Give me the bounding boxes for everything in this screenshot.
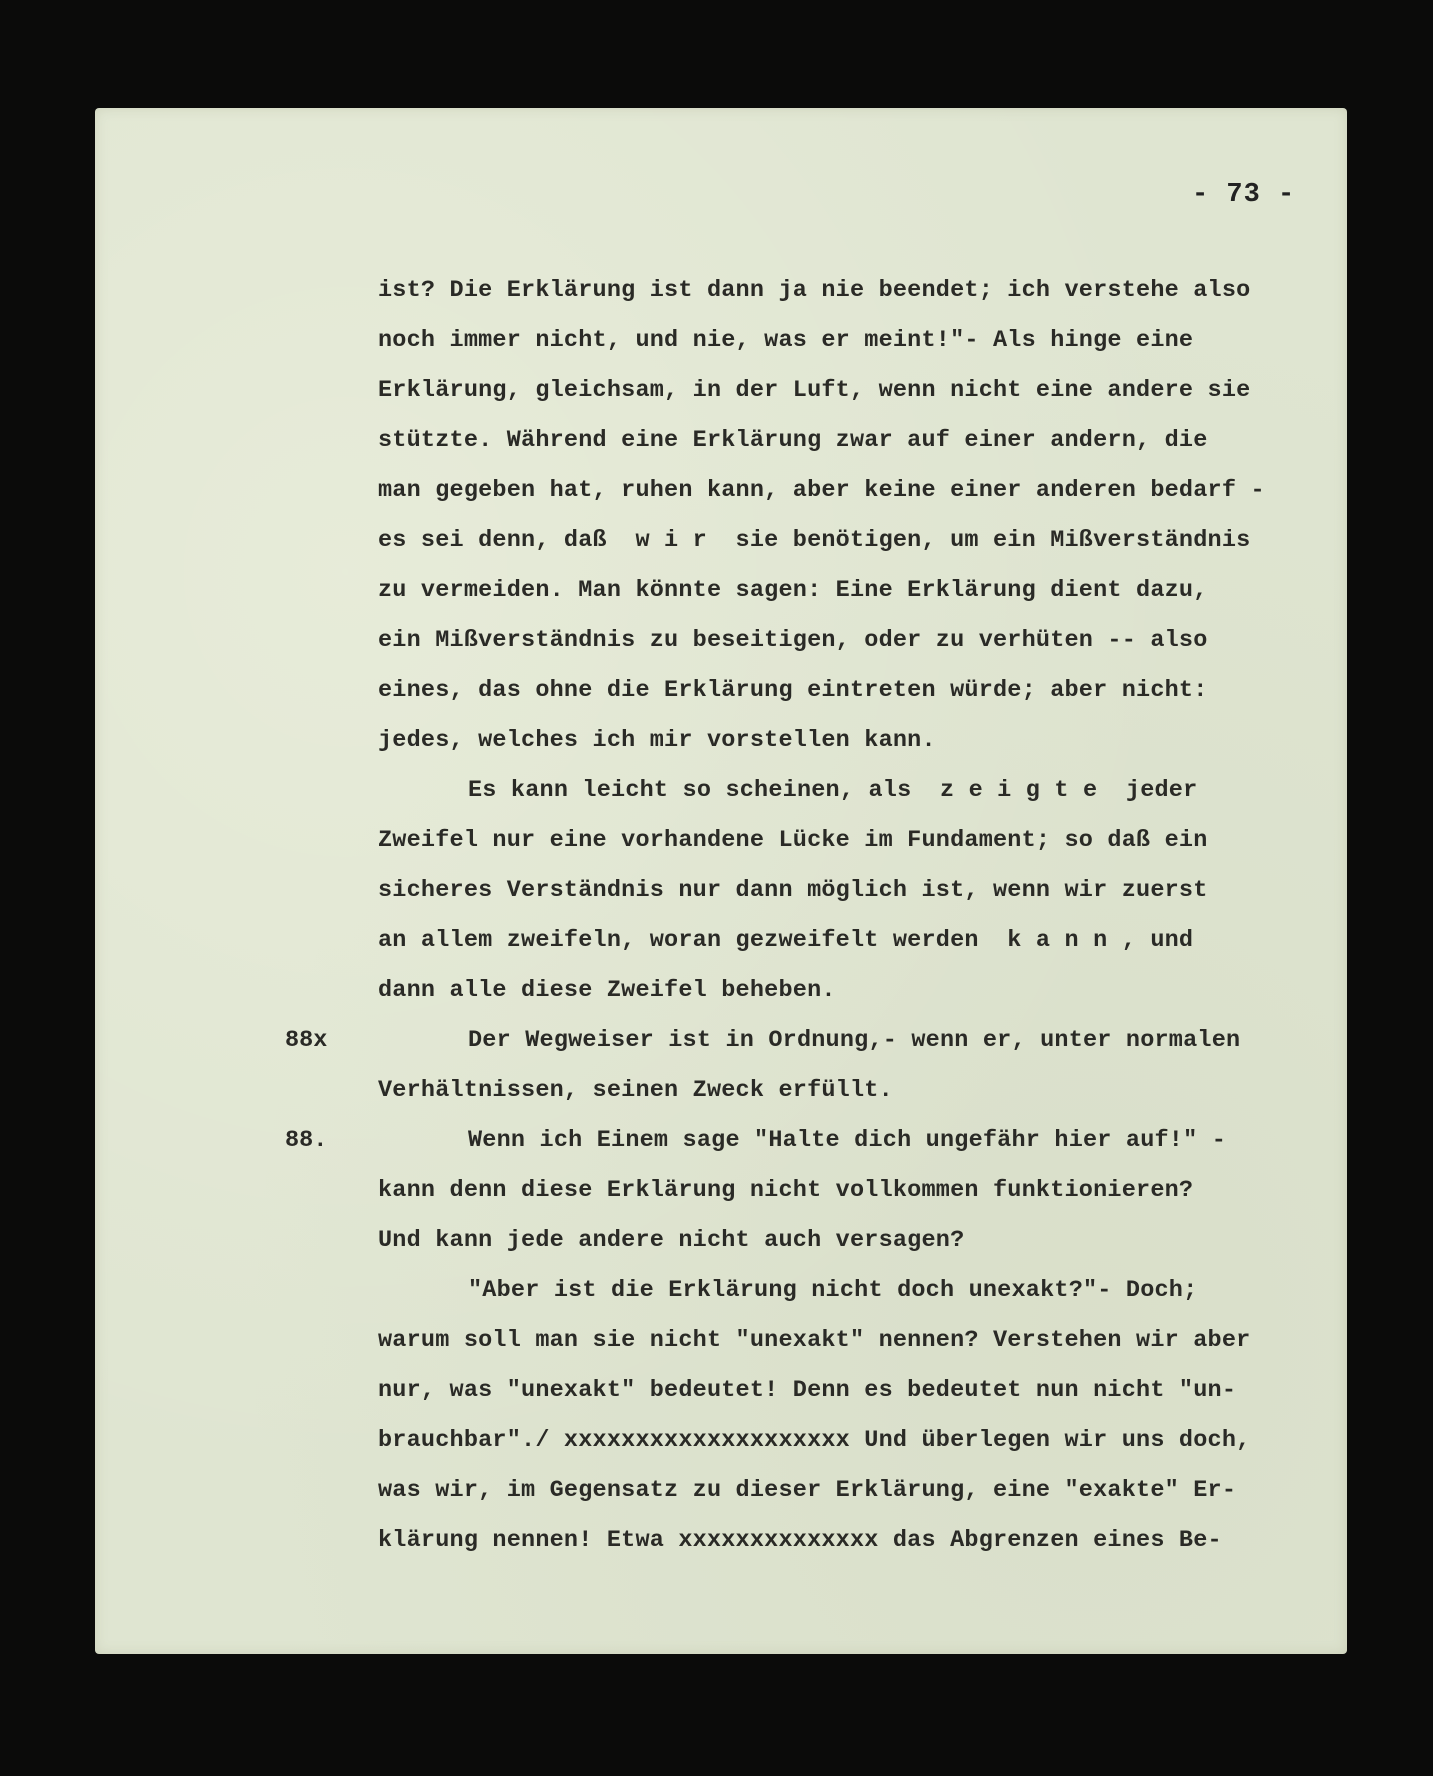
margin-note: 88. — [285, 1126, 327, 1156]
text-line: nur, was "unexakt" bedeutet! Denn es bed… — [378, 1376, 1236, 1406]
text-line: man gegeben hat, ruhen kann, aber keine … — [378, 476, 1265, 506]
text-line: Wenn ich Einem sage "Halte dich ungefähr… — [468, 1126, 1226, 1156]
text-line: eines, das ohne die Erklärung eintreten … — [378, 676, 1208, 706]
text-line: zu vermeiden. Man könnte sagen: Eine Erk… — [378, 576, 1208, 606]
page-number: - 73 - — [1192, 180, 1295, 210]
text-line: dann alle diese Zweifel beheben. — [378, 976, 836, 1006]
text-line: warum soll man sie nicht "unexakt" nenne… — [378, 1326, 1250, 1356]
text-line: sicheres Verständnis nur dann möglich is… — [378, 876, 1208, 906]
text-line: brauchbar"./ xxxxxxxxxxxxxxxxxxxx Und üb… — [378, 1426, 1250, 1456]
text-line: "Aber ist die Erklärung nicht doch unexa… — [468, 1276, 1197, 1306]
text-line: noch immer nicht, und nie, was er meint!… — [378, 326, 1193, 356]
text-line: Der Wegweiser ist in Ordnung,- wenn er, … — [468, 1026, 1240, 1056]
text-line: es sei denn, daß w i r sie benötigen, um… — [378, 526, 1250, 556]
text-line: Zweifel nur eine vorhandene Lücke im Fun… — [378, 826, 1208, 856]
text-line: Und kann jede andere nicht auch versagen… — [378, 1226, 964, 1256]
text-line: ein Mißverständnis zu beseitigen, oder z… — [378, 626, 1208, 656]
text-line: Verhältnissen, seinen Zweck erfüllt. — [378, 1076, 893, 1106]
margin-note: 88x — [285, 1026, 327, 1056]
text-line: Es kann leicht so scheinen, als z e i g … — [468, 776, 1197, 806]
text-line: klärung nennen! Etwa xxxxxxxxxxxxxx das … — [378, 1526, 1222, 1556]
text-line: stützte. Während eine Erklärung zwar auf… — [378, 426, 1208, 456]
text-line: Erklärung, gleichsam, in der Luft, wenn … — [378, 376, 1250, 406]
text-line: jedes, welches ich mir vorstellen kann. — [378, 726, 936, 756]
text-line: was wir, im Gegensatz zu dieser Erklärun… — [378, 1476, 1236, 1506]
text-line: an allem zweifeln, woran gezweifelt werd… — [378, 926, 1193, 956]
text-line: ist? Die Erklärung ist dann ja nie beend… — [378, 276, 1250, 306]
text-line: kann denn diese Erklärung nicht vollkomm… — [378, 1176, 1193, 1206]
